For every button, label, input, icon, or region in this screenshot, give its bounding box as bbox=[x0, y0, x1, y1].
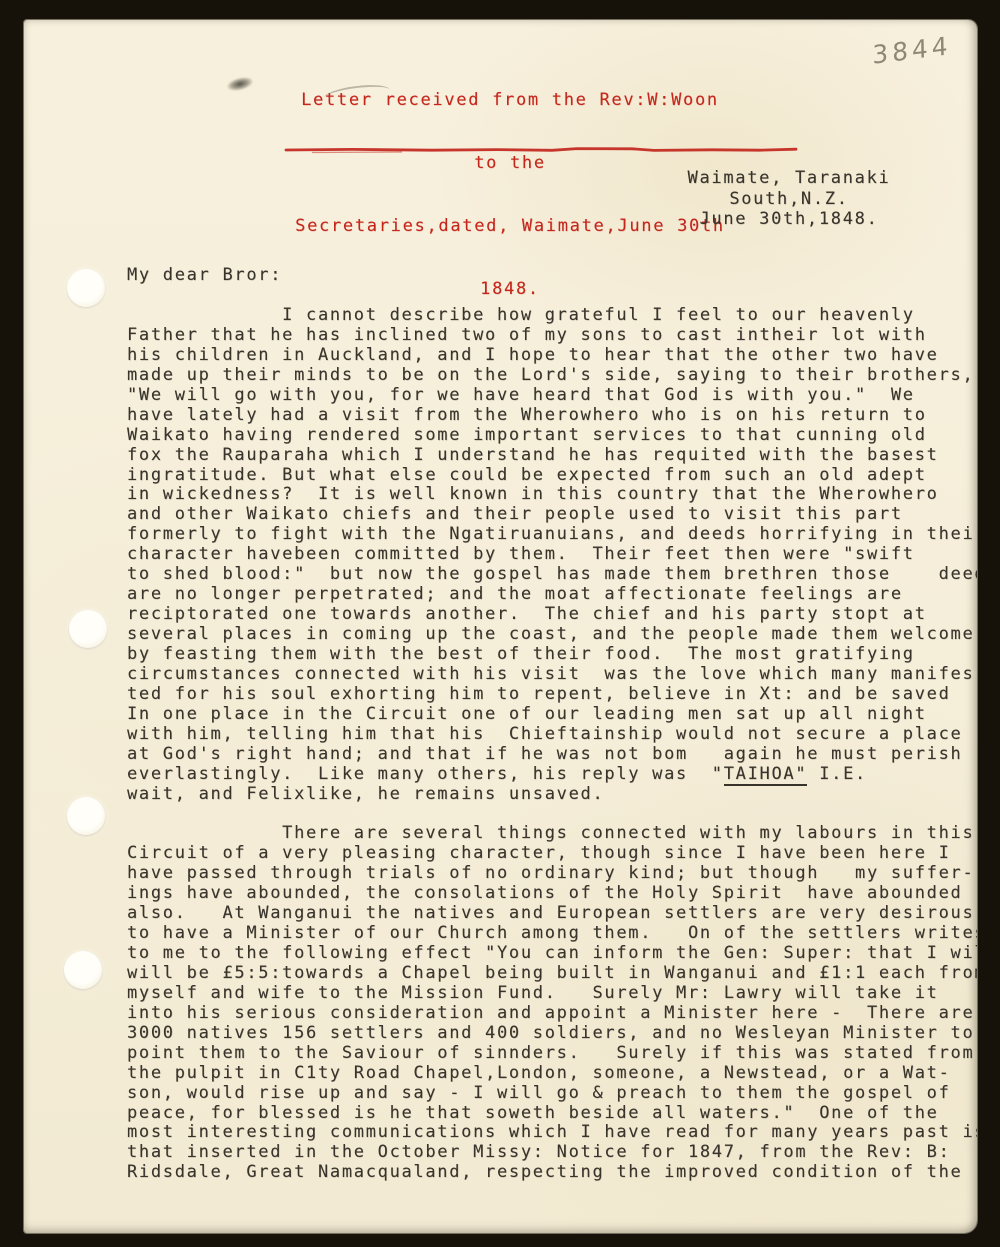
letter-line: myself and wife to the Mission Fund. Sur… bbox=[127, 984, 977, 1004]
letter-line: made up their minds to be on the Lord's … bbox=[127, 366, 977, 386]
letter-line: are no longer perpetrated; and the moat … bbox=[127, 585, 977, 605]
letter-line: most interesting communications which I … bbox=[127, 1123, 977, 1143]
letter-line: character havebeen committed by them. Th… bbox=[127, 545, 977, 565]
letter-line: have passed through trials of no ordinar… bbox=[127, 864, 977, 884]
letter-line: have lately had a visit from the Wherowh… bbox=[127, 406, 977, 426]
punch-hole bbox=[69, 610, 107, 648]
letter-line: ings have abounded, the consolations of … bbox=[127, 884, 977, 904]
letter-line: to have a Minister of our Church among t… bbox=[127, 924, 977, 944]
letter-line: ingratitude. But what else could be expe… bbox=[127, 466, 977, 486]
letter-line: everlastingly. Like many others, his rep… bbox=[127, 765, 977, 785]
letter-line: 3000 natives 156 settlers and 400 soldie… bbox=[127, 1024, 977, 1044]
letter-line: There are several things connected with … bbox=[127, 824, 977, 844]
letter-line: Father that he has inclined two of my so… bbox=[127, 326, 977, 346]
letter-line: also. At Wanganui the natives and Europe… bbox=[127, 904, 977, 924]
letter-line: "We will go with you, for we have heard … bbox=[127, 386, 977, 406]
dateline: Waimate, TaranakiSouth,N.Z.June 30th,184… bbox=[624, 168, 954, 230]
punch-hole bbox=[64, 951, 102, 989]
letter-line: the pulpit in C1ty Road Chapel,London, s… bbox=[127, 1064, 977, 1084]
red-underline-rule bbox=[282, 140, 802, 156]
letter-line: that inserted in the October Missy: Noti… bbox=[127, 1143, 977, 1163]
letter-line: with him, telling him that his Chieftain… bbox=[127, 725, 977, 745]
letter-line: Ridsdale, Great Namacqualand, respecting… bbox=[127, 1163, 977, 1183]
letter-line: into his serious consideration and appoi… bbox=[127, 1004, 977, 1024]
letter-line: in wickedness? It is well known in this … bbox=[127, 485, 977, 505]
letter-line: by feasting them with the best of their … bbox=[127, 645, 977, 665]
letter-line: peace, for blessed is he that soweth bes… bbox=[127, 1104, 977, 1124]
letter-line: circumstances connected with his visit w… bbox=[127, 665, 977, 685]
letter-line: will be £5:5:towards a Chapel being buil… bbox=[127, 964, 977, 984]
scanned-letter-screenshot: { "colors": { "paper": "#f5eed9", "backg… bbox=[0, 0, 1000, 1247]
letter-line: son, would rise up and say - I will go &… bbox=[127, 1084, 977, 1104]
letter-line: I cannot describe how grateful I feel to… bbox=[127, 306, 977, 326]
letter-line: to me to the following effect "You can i… bbox=[127, 944, 977, 964]
heading-line: Letter received from the Rev:W:Woon bbox=[60, 90, 960, 111]
letter-page: Letter received from the Rev:W:Woon to t… bbox=[24, 20, 977, 1233]
letter-line: wait, and Felixlike, he remains unsaved. bbox=[127, 785, 977, 805]
letter-line: point them to the Saviour of sinnders. S… bbox=[127, 1044, 977, 1064]
letter-line: to shed blood:" but now the gospel has m… bbox=[127, 565, 977, 585]
dateline-line: Waimate, Taranaki bbox=[624, 168, 954, 189]
letter-line: several places in coming up the coast, a… bbox=[127, 625, 977, 645]
dateline-line: June 30th,1848. bbox=[624, 209, 954, 230]
underlined-text: TAIHOA" bbox=[724, 764, 808, 786]
letter-line: formerly to fight with the Ngatiruanuian… bbox=[127, 525, 977, 545]
letter-line: ted for his soul exhorting him to repent… bbox=[127, 685, 977, 705]
letter-line: fox the Rauparaha which I understand he … bbox=[127, 446, 977, 466]
letter-line bbox=[127, 804, 977, 824]
punch-hole bbox=[67, 269, 105, 307]
letter-line: his children in Auckland, and I hope to … bbox=[127, 346, 977, 366]
letter-line: reciptorated one towards another. The ch… bbox=[127, 605, 977, 625]
letter-line: Waikato having rendered some important s… bbox=[127, 426, 977, 446]
salutation: My dear Bror: bbox=[127, 265, 282, 285]
letter-body: I cannot describe how grateful I feel to… bbox=[127, 306, 977, 1183]
punch-hole bbox=[67, 797, 105, 835]
letter-line: at God's right hand; and that if he was … bbox=[127, 745, 977, 765]
dateline-line: South,N.Z. bbox=[624, 189, 954, 210]
letter-line: and other Waikato chiefs and their peopl… bbox=[127, 505, 977, 525]
catalog-number-annotation: 3844 bbox=[872, 27, 977, 70]
letter-line: Circuit of a very pleasing character, th… bbox=[127, 844, 977, 864]
letter-line: In one place in the Circuit one of our l… bbox=[127, 705, 977, 725]
